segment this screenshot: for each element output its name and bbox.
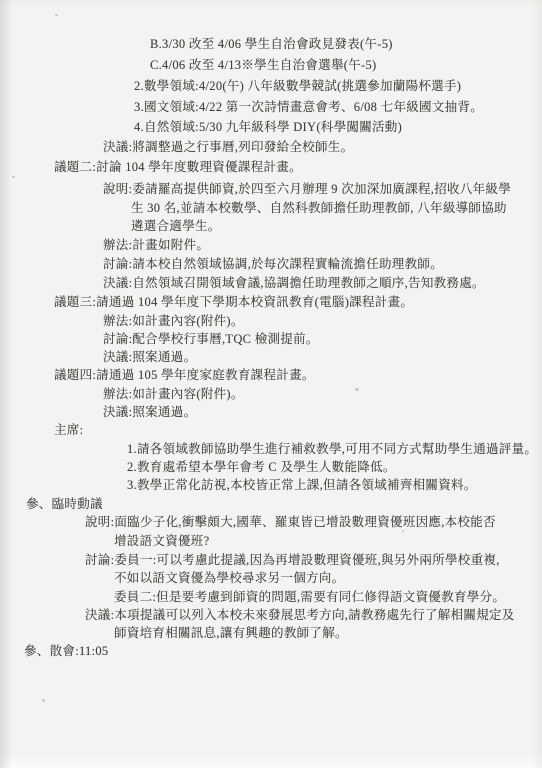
chairman-heading: 主席:	[54, 422, 83, 439]
extempore-motion-heading: 參、臨時動議	[26, 496, 103, 513]
text-line: 決議:照案通過。	[103, 349, 196, 366]
text-line: 辦法:如計畫內容(附件)。	[103, 313, 244, 330]
scan-speck	[355, 388, 359, 391]
topic-2-heading: 議題二:討論 104 學年度數理資優課程計畫。	[54, 159, 302, 176]
scan-speck	[55, 14, 58, 16]
text-line: 決議:自然領域召開領域會議,協調擔任助理教師之順序,告知教務處。	[103, 275, 485, 292]
text-line: 增設語文資優班?	[114, 533, 209, 550]
text-line: 1.請各領域教師協助學生進行補救教學,可用不同方式幫助學生通過評量。	[127, 441, 537, 458]
text-line: 2.教育處希望本學年會考 C 及學生人數能降低。	[127, 459, 396, 476]
text-line: 2.數學領域:4/20(午) 八年級數學競試(挑選參加蘭陽杯選手)	[134, 78, 461, 95]
topic-3-heading: 議題三:請通過 104 學年度下學期本校資訊教育(電腦)課程計畫。	[54, 294, 413, 311]
text-line: 討論:配合學校行事曆,TQC 檢測提前。	[103, 331, 319, 348]
text-line: 3.教學正常化訪視,本校皆正常上課,但請各領域補齊相關資料。	[127, 477, 477, 494]
text-line: 4.自然領域:5/30 九年級科學 DIY(科學闖關活動)	[134, 119, 402, 136]
text-line: 生 30 名,並請本校數學、自然科教師擔任助理教師, 八年級導師協助	[131, 200, 507, 217]
text-line: 辦法:如計畫內容(附件)。	[103, 386, 244, 403]
topic-4-heading: 議題四:請通過 105 學年度家庭教育課程計畫。	[54, 367, 315, 384]
text-line: 討論:請本校自然領域協調,於每次課程實輪流擔任助理教師。	[103, 256, 443, 273]
text-line: 委員二:但是要考慮到師資的問題,需要有同仁修得語文資優教育學分。	[114, 589, 505, 606]
text-line: 師資培育相關訊息,讓有興趣的教師了解。	[114, 625, 348, 642]
text-line: 不如以語文資優為學校尋求另一個方向。	[114, 570, 344, 587]
scan-speck	[42, 699, 45, 702]
text-line: 決議:將調整過之行事曆,列印發給全校師生。	[103, 139, 353, 156]
text-line: 辦法:計畫如附件。	[103, 237, 209, 254]
text-line: 說明:面臨少子化,衝擊頗大,國華、羅東皆已增設數理資優班因應,本校能否	[85, 514, 496, 531]
text-line: 討論:委員一:可以考慮此提議,因為再增設數理資優班,與另外兩所學校重複,	[85, 552, 500, 569]
text-line: 3.國文領域:4/22 第一次詩情畫意會考、6/08 七年級國文抽背。	[134, 99, 483, 116]
scanned-document-page: B.3/30 改至 4/06 學生自治會政見發表(午-5) C.4/06 改至 …	[0, 0, 542, 768]
text-line: B.3/30 改至 4/06 學生自治會政見發表(午-5)	[150, 36, 393, 53]
text-line: 決議:本項提議可以列入本校未來發展思考方向,請教務處先行了解相關規定及	[85, 607, 515, 624]
adjournment-line: 參、散會:11:05	[24, 643, 108, 660]
text-line: 遴選合適學生。	[131, 218, 221, 235]
text-line: 說明:委請羅高提供師資,於四至六月辦理 9 次加深加廣課程,招收八年級學	[103, 181, 511, 198]
text-line: C.4/06 改至 4/13※學生自治會選舉(午-5)	[150, 57, 377, 74]
text-line: 決議:照案通過。	[103, 404, 196, 421]
scan-speck	[12, 176, 15, 178]
